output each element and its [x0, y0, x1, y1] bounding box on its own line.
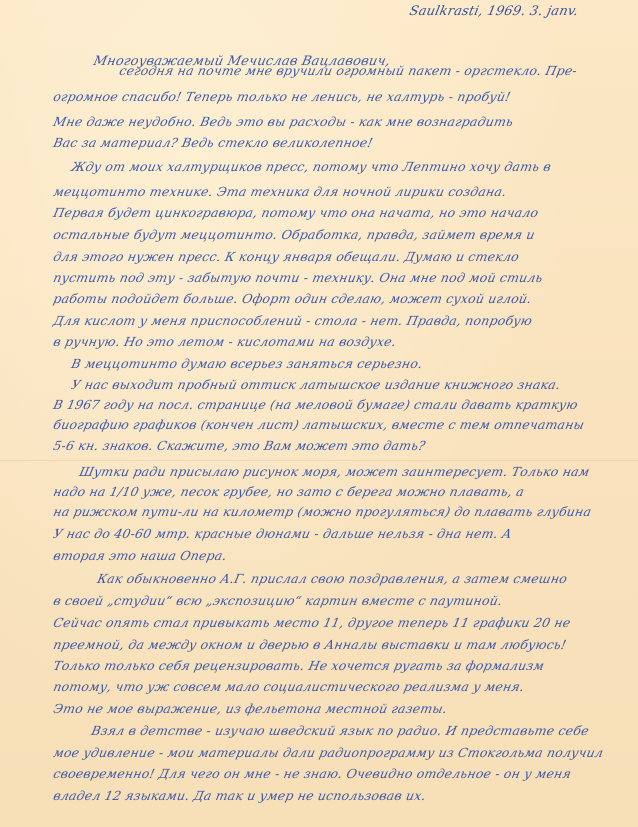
letter-line: У нас выходит пробный оттиск латышское и…	[70, 377, 562, 392]
letter-line: Сейчас опять стал привыкать место 11, др…	[52, 615, 572, 630]
letter-line: У нас до 40-60 мтр. красные дюнами - дал…	[52, 526, 513, 541]
letter-line: меццотинто технике. Эта техника для ночн…	[52, 184, 508, 199]
letter-line: мое удивление - мои материалы дали радио…	[52, 745, 605, 760]
paper-fold	[0, 460, 638, 461]
letter-line: В меццотинто думаю всерьез заняться серь…	[70, 356, 424, 371]
letter-line: Вас за материал? Ведь стекло великолепно…	[52, 135, 374, 150]
letter-line: надо на 1/10 уже, песок грубее, но зато …	[52, 484, 526, 499]
letter-line: в своей „студии“ всю „экспозицию“ картин…	[52, 593, 504, 608]
letter-line: для этого нужен пресс. К концу января об…	[52, 249, 521, 264]
letter-line: Как обыкновенно А.Г. прислал свою поздра…	[96, 571, 569, 586]
letter-line: Первая будет цинкогравюра, потому что он…	[52, 205, 540, 220]
letter-line: 5-6 кн. знаков. Скажите, это Вам может э…	[52, 438, 427, 453]
letter-line: владел 12 языками. Да так и умер не испо…	[52, 788, 428, 803]
letter-line: Мне даже неудобно. Ведь это вы расходы -…	[52, 114, 515, 129]
letter-line: Это не мое выражение, из фельетона местн…	[52, 701, 449, 716]
letter-line: сегодня на почте мне вручили огромный па…	[118, 63, 579, 78]
letter-line: на рижском пути-ли на километр (можно пр…	[52, 504, 593, 519]
letter-line: в ручную. Но это летом - кислотами на во…	[52, 334, 398, 349]
letter-line: вторая это наша Опера.	[52, 548, 228, 563]
letter-line: потому, что уж совсем мало социалистичес…	[52, 679, 526, 694]
letter-line: Жду от моих халтурщиков пресс, потому чт…	[70, 159, 553, 174]
letter-line: Шутки ради присылаю рисунок моря, может …	[78, 464, 591, 479]
letter-line: Для кислот у меня приспособлений - стола…	[52, 313, 534, 328]
letter-line: Взял в детстве - изучаю шведский язык по…	[90, 723, 590, 738]
letter-line: пустить под эту - забытую почти - техник…	[52, 270, 544, 285]
letter-line: остальные будут меццотинто. Обработка, п…	[52, 227, 536, 242]
letter-line: преемной, да между окном и дверью в Анна…	[52, 637, 568, 652]
letter-line: Только только себя рецензировать. Не хоч…	[52, 658, 546, 673]
letter-date-line: Saulkrasti, 1969. 3. janv.	[408, 4, 580, 19]
letter-line: работы подойдет больше. Офорт один сдела…	[52, 291, 533, 306]
letter-page: Saulkrasti, 1969. 3. janv. Многоуважаемы…	[0, 0, 638, 827]
letter-line: своевременно! Для чего он мне - не знаю.…	[52, 766, 573, 781]
letter-line: огромное спасибо! Теперь только не ленис…	[52, 89, 512, 104]
letter-line: биографию графиков (кончен лист) латышск…	[52, 417, 586, 432]
letter-line: В 1967 году на посл. странице (на мелово…	[52, 397, 579, 412]
